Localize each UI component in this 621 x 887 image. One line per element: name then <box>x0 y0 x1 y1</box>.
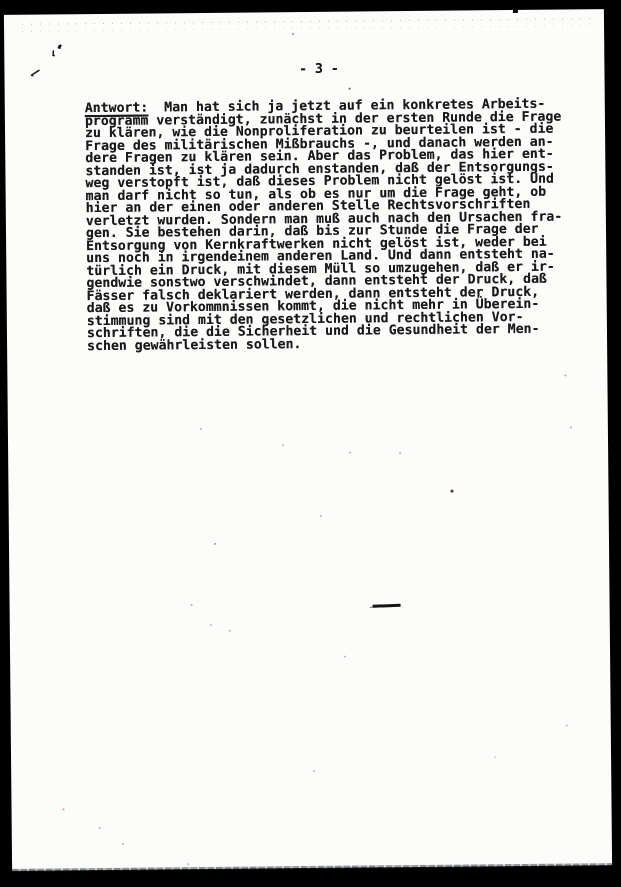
scan-speck <box>566 725 568 727</box>
page-number: - 3 - <box>85 61 552 78</box>
scan-speck <box>187 863 189 865</box>
answer-text: Man hat sich ja jetzt auf ein konkretes … <box>85 97 562 354</box>
scan-speck <box>229 630 231 632</box>
scan-noise-row <box>22 18 590 24</box>
scan-speck <box>344 656 346 658</box>
scan-speck <box>200 428 202 430</box>
scan-speck <box>564 375 566 377</box>
scan-artifact-tick <box>513 9 518 13</box>
handwritten-dash-mark <box>373 604 401 608</box>
scan-speck <box>282 444 284 446</box>
document-body: Antwort: Man hat sich ja jetzt auf ein k… <box>85 99 564 354</box>
scan-speck <box>494 756 496 758</box>
scan-speck <box>349 452 351 454</box>
scan-speck <box>349 88 351 90</box>
scan-speck <box>191 604 193 606</box>
scan-speck <box>214 543 216 545</box>
scan-speck <box>320 515 322 517</box>
scan-speck <box>99 827 101 829</box>
scan-edge-noise <box>12 863 612 872</box>
pencil-mark <box>48 41 68 59</box>
scan-speck <box>570 426 572 428</box>
pencil-mark <box>28 66 44 78</box>
scan-speck <box>210 624 212 626</box>
scan-speck <box>292 33 294 35</box>
scan-speck <box>63 808 65 810</box>
scan-noise-row <box>22 25 590 31</box>
scan-speck <box>313 770 315 772</box>
scanner-background: - 3 - Antwort: Man hat sich ja jetzt auf… <box>0 0 621 887</box>
scan-speck <box>450 490 453 493</box>
scan-speck <box>122 843 124 845</box>
document-page: - 3 - Antwort: Man hat sich ja jetzt auf… <box>4 9 612 871</box>
scan-speck <box>399 452 401 454</box>
